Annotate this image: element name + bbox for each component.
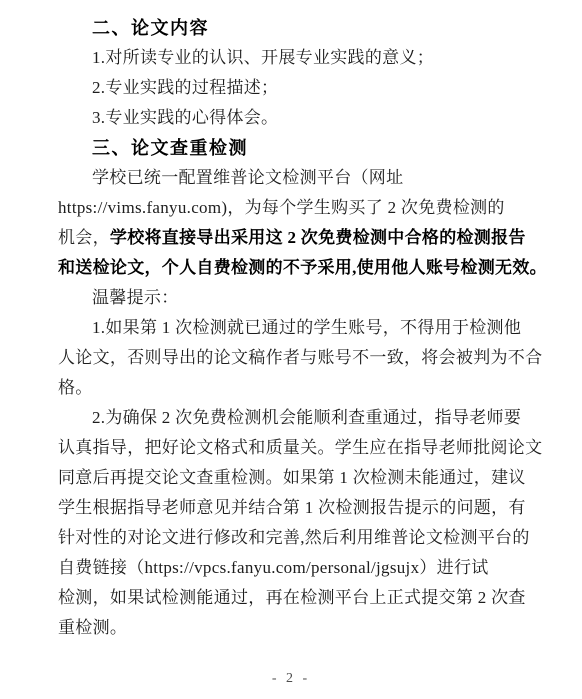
text-segment: 机会， bbox=[58, 228, 110, 247]
text-line: 3.专业实践的心得体会。 bbox=[58, 103, 526, 133]
text-segment: 学校将直接导出采用这 2 次免费检测中合格的检测报告 bbox=[110, 228, 526, 247]
text-segment: 检测，如果试检测能通过，再在检测平台上正式提交第 2 次查 bbox=[58, 588, 526, 607]
text-line: 2.专业实践的过程描述； bbox=[58, 73, 526, 103]
text-segment: 学生根据指导老师意见并结合第 1 次检测报告提示的问题，有 bbox=[58, 498, 526, 517]
text-line: 检测，如果试检测能通过，再在检测平台上正式提交第 2 次查 bbox=[58, 583, 526, 613]
text-segment: 学校已统一配置维普论文检测平台（网址 bbox=[92, 168, 403, 187]
text-line: 重检测。 bbox=[58, 613, 526, 643]
text-segment: 针对性的对论文进行修改和完善,然后利用维普论文检测平台的 bbox=[58, 528, 530, 547]
text-line: 2.为确保 2 次免费检测机会能顺利查重通过，指导老师要 bbox=[58, 403, 526, 433]
text-segment: 2.为确保 2 次免费检测机会能顺利查重通过，指导老师要 bbox=[92, 408, 521, 427]
text-line: 1.如果第 1 次检测就已通过的学生账号，不得用于检测他 bbox=[58, 313, 526, 343]
text-segment: 1.对所读专业的认识、开展专业实践的意义； bbox=[92, 48, 434, 67]
text-line: 1.对所读专业的认识、开展专业实践的意义； bbox=[58, 43, 526, 73]
text-segment: 认真指导，把好论文格式和质量关。学生应在指导老师批阅论文 bbox=[58, 438, 542, 457]
text-segment: 自费链接（https://vpcs.fanyu.com/personal/jgs… bbox=[58, 558, 489, 577]
page-number: - 2 - bbox=[0, 671, 582, 687]
text-segment: 和送检论文，个人自费检测的不予采用,使用他人账号检测无效。 bbox=[58, 258, 547, 277]
text-segment: 三、论文查重检测 bbox=[92, 138, 248, 158]
text-segment: 同意后再提交论文查重检测。如果第 1 次检测未能通过，建议 bbox=[58, 468, 526, 487]
text-segment: 3.专业实践的心得体会。 bbox=[92, 108, 278, 127]
text-segment: 1.如果第 1 次检测就已通过的学生账号，不得用于检测他 bbox=[92, 318, 521, 337]
text-line: 温馨提示： bbox=[58, 283, 526, 313]
text-line: 人论文，否则导出的论文稿作者与账号不一致，将会被判为不合 bbox=[58, 343, 526, 373]
text-segment: 二、论文内容 bbox=[92, 18, 209, 38]
heading-line: 三、论文查重检测 bbox=[58, 133, 526, 163]
text-line: 针对性的对论文进行修改和完善,然后利用维普论文检测平台的 bbox=[58, 523, 526, 553]
text-line: 认真指导，把好论文格式和质量关。学生应在指导老师批阅论文 bbox=[58, 433, 526, 463]
text-line: 机会，学校将直接导出采用这 2 次免费检测中合格的检测报告 bbox=[58, 223, 526, 253]
text-segment: 2.专业实践的过程描述； bbox=[92, 78, 278, 97]
text-line: 自费链接（https://vpcs.fanyu.com/personal/jgs… bbox=[58, 553, 526, 583]
text-line: 格。 bbox=[58, 373, 526, 403]
heading-line: 二、论文内容 bbox=[58, 13, 526, 43]
text-segment: 重检测。 bbox=[58, 618, 127, 637]
document-page: 二、论文内容1.对所读专业的认识、开展专业实践的意义；2.专业实践的过程描述；3… bbox=[0, 0, 582, 699]
text-segment: 人论文，否则导出的论文稿作者与账号不一致，将会被判为不合 bbox=[58, 348, 542, 367]
text-segment: 温馨提示： bbox=[92, 288, 179, 307]
text-line: 同意后再提交论文查重检测。如果第 1 次检测未能通过，建议 bbox=[58, 463, 526, 493]
text-line: 和送检论文，个人自费检测的不予采用,使用他人账号检测无效。 bbox=[58, 253, 526, 283]
text-line: 学生根据指导老师意见并结合第 1 次检测报告提示的问题，有 bbox=[58, 493, 526, 523]
text-line: https://vims.fanyu.com)，为每个学生购买了 2 次免费检测… bbox=[58, 193, 526, 223]
text-line: 学校已统一配置维普论文检测平台（网址 bbox=[58, 163, 526, 193]
text-segment: https://vims.fanyu.com)，为每个学生购买了 2 次免费检测… bbox=[58, 198, 505, 217]
document-body: 二、论文内容1.对所读专业的认识、开展专业实践的意义；2.专业实践的过程描述；3… bbox=[58, 13, 526, 643]
text-segment: 格。 bbox=[58, 378, 93, 397]
